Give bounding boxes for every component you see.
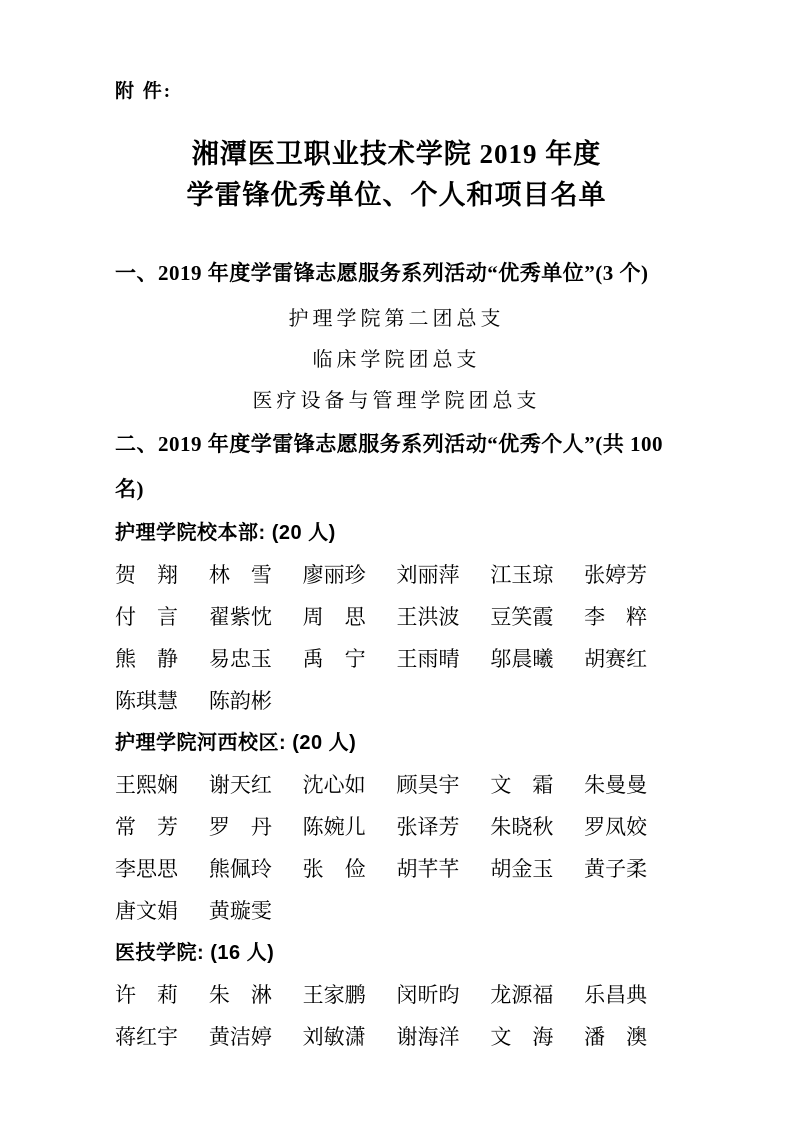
person-name: 禹 宁	[303, 638, 397, 680]
person-name: 沈心如	[303, 764, 397, 806]
person-name: 朱 淋	[209, 974, 303, 1016]
group-label: 护理学院河西校区: (20 人)	[115, 722, 678, 764]
person-name: 王雨晴	[397, 638, 491, 680]
unit-name: 临床学院团总支	[115, 340, 678, 381]
unit-name: 医疗设备与管理学院团总支	[115, 381, 678, 422]
document-page: 附 件: 湘潭医卫职业技术学院 2019 年度 学雷锋优秀单位、个人和项目名单 …	[0, 0, 793, 1122]
section-individuals-heading-line-1: 二、2019 年度学雷锋志愿服务系列活动“优秀个人”(共 100	[115, 422, 678, 467]
person-name: 付 言	[115, 596, 209, 638]
person-name: 王洪波	[397, 596, 491, 638]
person-name: 刘丽萍	[397, 554, 491, 596]
person-name: 张 俭	[303, 848, 397, 890]
person-name: 林 雪	[209, 554, 303, 596]
title-line-1: 湘潭医卫职业技术学院 2019 年度	[192, 139, 602, 169]
person-name: 朱晓秋	[490, 806, 584, 848]
person-name: 王家鹏	[303, 974, 397, 1016]
section-units-heading: 一、2019 年度学雷锋志愿服务系列活动“优秀单位”(3 个)	[115, 256, 678, 290]
person-name: 廖丽珍	[303, 554, 397, 596]
person-name: 胡芊芊	[397, 848, 491, 890]
document-title: 湘潭医卫职业技术学院 2019 年度 学雷锋优秀单位、个人和项目名单	[115, 134, 678, 216]
person-name: 陈琪慧	[115, 680, 209, 722]
name-grid: 许 莉朱 淋王家鹏闵昕昀龙源福乐昌典蒋红宇黄洁婷刘敏潇谢海洋文 海潘 澳	[115, 974, 678, 1058]
person-name: 朱曼曼	[584, 764, 678, 806]
section-individuals-heading: 二、2019 年度学雷锋志愿服务系列活动“优秀个人”(共 100 名)	[115, 422, 678, 512]
person-name: 胡赛红	[584, 638, 678, 680]
person-name: 黄洁婷	[209, 1016, 303, 1058]
individual-groups: 护理学院校本部: (20 人)贺 翔林 雪廖丽珍刘丽萍江玉琼张婷芳付 言翟紫忱周…	[115, 512, 678, 1058]
person-name: 罗凤姣	[584, 806, 678, 848]
name-grid: 王熙娴谢天红沈心如顾昊宇文 霜朱曼曼常 芳罗 丹陈婉儿张译芳朱晓秋罗凤姣李思思熊…	[115, 764, 678, 932]
person-name: 黄子柔	[584, 848, 678, 890]
person-name: 陈婉儿	[303, 806, 397, 848]
person-name: 许 莉	[115, 974, 209, 1016]
person-name: 龙源福	[490, 974, 584, 1016]
person-name: 王熙娴	[115, 764, 209, 806]
person-name: 贺 翔	[115, 554, 209, 596]
person-name: 周 思	[303, 596, 397, 638]
person-name: 文 海	[490, 1016, 584, 1058]
person-name: 豆笑霞	[490, 596, 584, 638]
person-name: 胡金玉	[490, 848, 584, 890]
group-label: 医技学院: (16 人)	[115, 932, 678, 974]
title-line-2: 学雷锋优秀单位、个人和项目名单	[187, 180, 607, 210]
person-name: 张译芳	[397, 806, 491, 848]
section-individuals-heading-line-2: 名)	[115, 467, 678, 512]
person-name: 熊佩玲	[209, 848, 303, 890]
excellent-units-list: 护理学院第二团总支临床学院团总支医疗设备与管理学院团总支	[115, 299, 678, 422]
person-name: 蒋红宇	[115, 1016, 209, 1058]
person-name: 黄璇雯	[209, 890, 303, 932]
person-name: 邬晨曦	[490, 638, 584, 680]
person-name: 谢海洋	[397, 1016, 491, 1058]
person-name: 陈韵彬	[209, 680, 303, 722]
person-name: 乐昌典	[584, 974, 678, 1016]
person-name: 易忠玉	[209, 638, 303, 680]
person-name: 江玉琼	[490, 554, 584, 596]
person-name: 文 霜	[490, 764, 584, 806]
unit-name: 护理学院第二团总支	[115, 299, 678, 340]
attachment-label: 附 件:	[115, 78, 678, 106]
person-name: 熊 静	[115, 638, 209, 680]
person-name: 闵昕昀	[397, 974, 491, 1016]
person-name: 李 粹	[584, 596, 678, 638]
person-name: 李思思	[115, 848, 209, 890]
name-grid: 贺 翔林 雪廖丽珍刘丽萍江玉琼张婷芳付 言翟紫忱周 思王洪波豆笑霞李 粹熊 静易…	[115, 554, 678, 722]
person-name: 刘敏潇	[303, 1016, 397, 1058]
person-name: 谢天红	[209, 764, 303, 806]
person-name: 罗 丹	[209, 806, 303, 848]
person-name: 翟紫忱	[209, 596, 303, 638]
person-name: 张婷芳	[584, 554, 678, 596]
person-name: 常 芳	[115, 806, 209, 848]
person-name: 潘 澳	[584, 1016, 678, 1058]
person-name: 顾昊宇	[397, 764, 491, 806]
group-label: 护理学院校本部: (20 人)	[115, 512, 678, 554]
person-name: 唐文娟	[115, 890, 209, 932]
